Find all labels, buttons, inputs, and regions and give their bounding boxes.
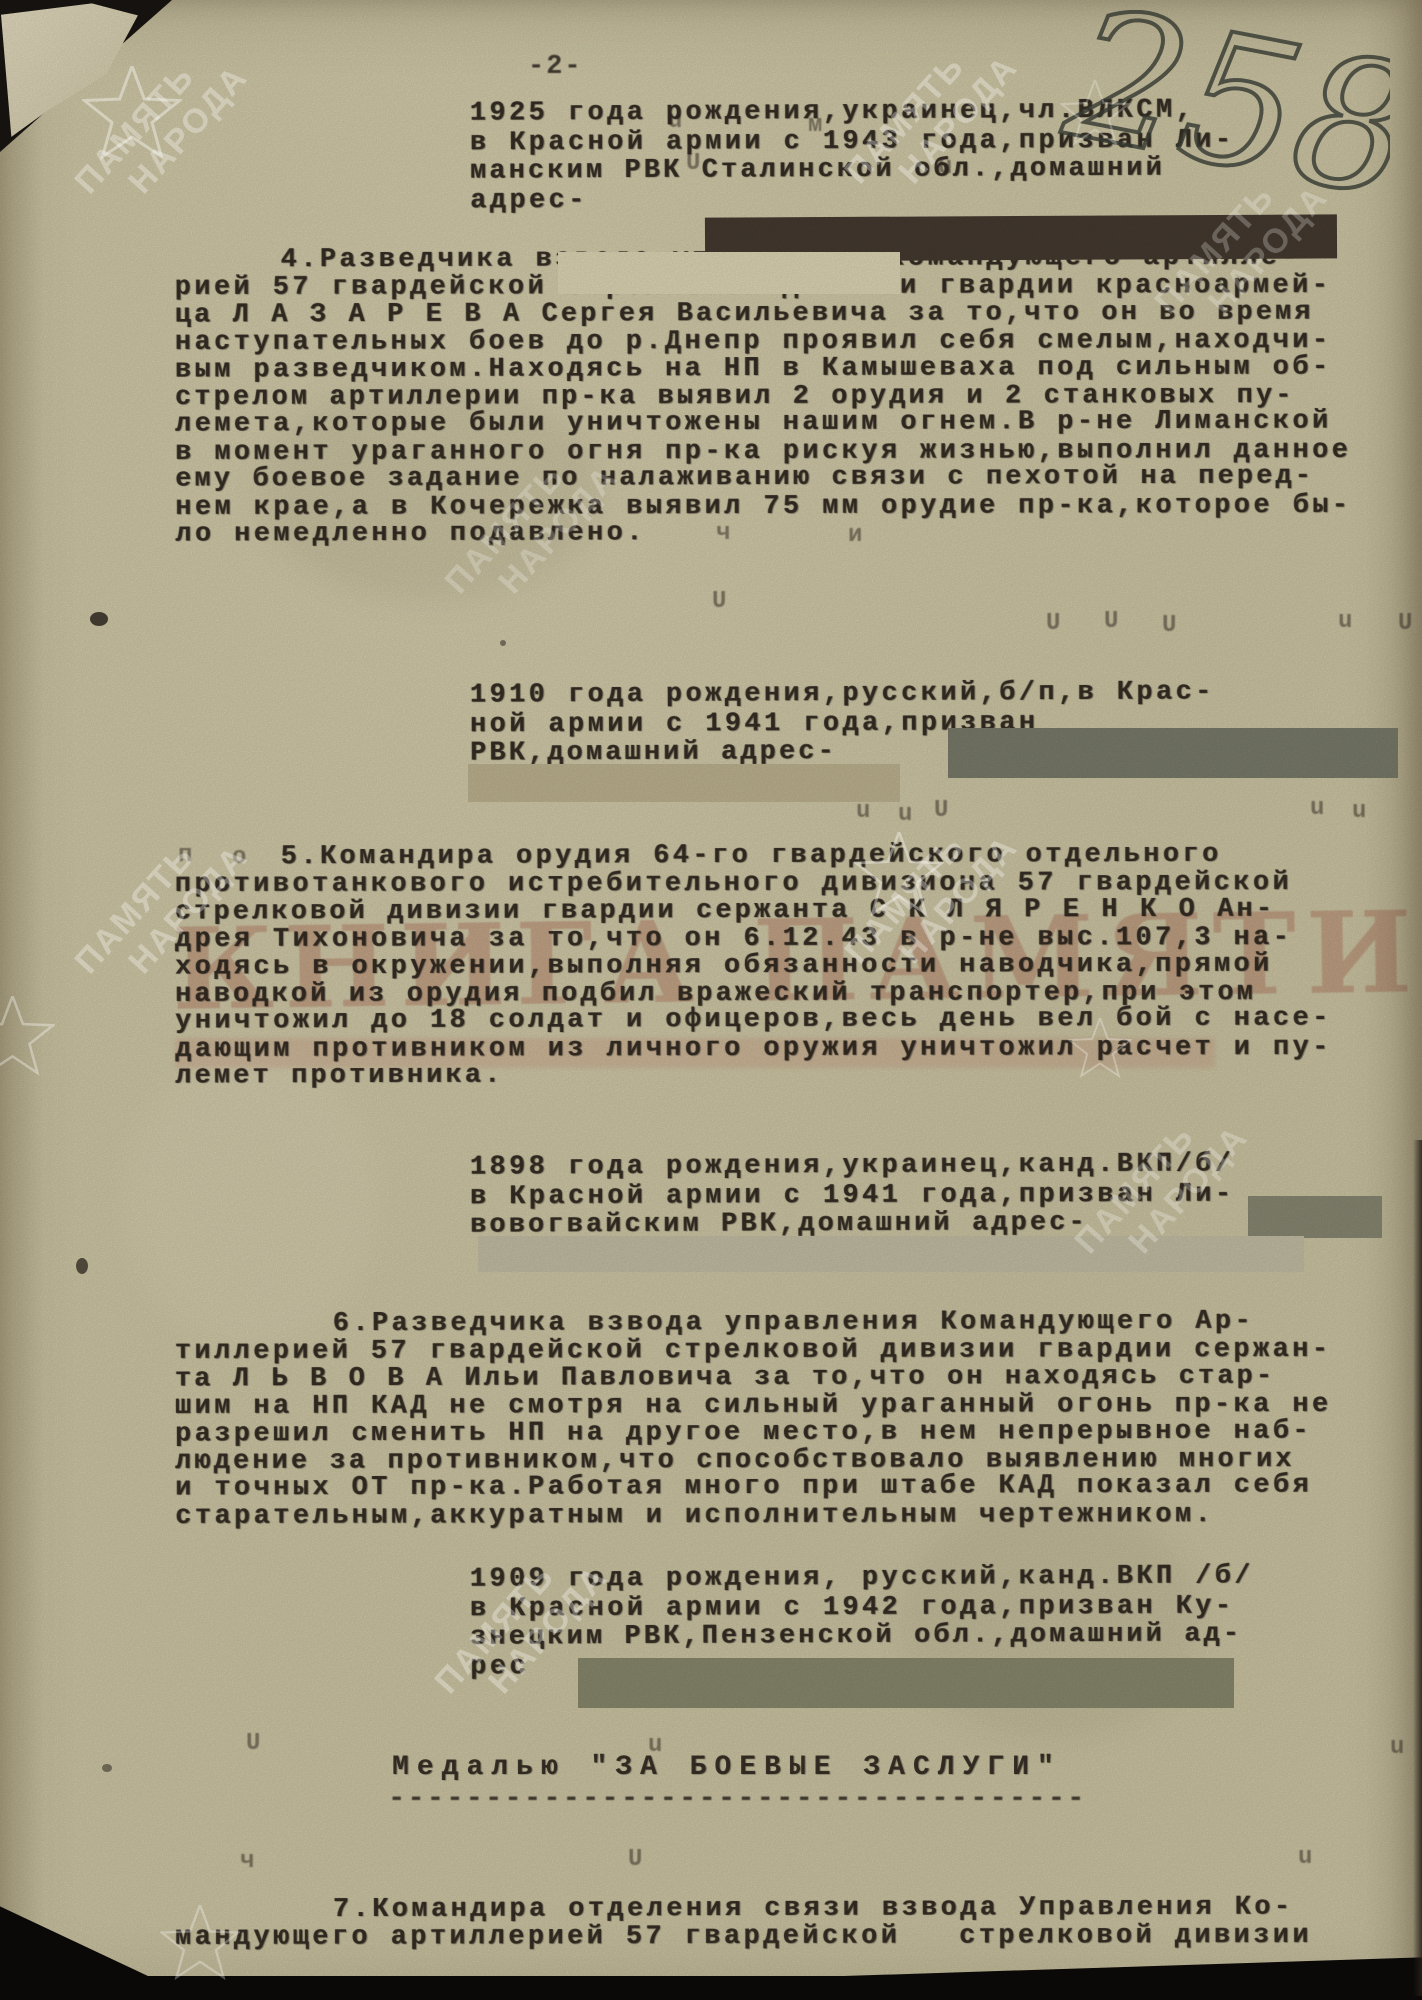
ink-speck (76, 1258, 88, 1274)
ink-smudge: U (628, 1846, 642, 1873)
ink-smudge: м (808, 112, 822, 139)
text-line: людение за противником,что способствовал… (175, 1447, 1332, 1476)
ink-smudge: u (1298, 1844, 1312, 1871)
ink-smudge: U (1398, 610, 1412, 637)
ink-smudge: u (648, 1732, 662, 1759)
text-line: наступательных боев до р.Днепр проявил с… (175, 328, 1351, 357)
medal-heading: Медалью "ЗА БОЕВЫЕ ЗАСЛУГИ" (392, 1752, 1062, 1783)
ink-smudge: U (246, 1730, 260, 1757)
ink-speck (102, 1764, 112, 1772)
text-line: и точных ОТ пр-ка.Работая много при штаб… (175, 1473, 1332, 1503)
text-line: та Л Ь В О В А Ильи Павловича за то,что … (175, 1363, 1332, 1393)
text-line: тиллерией 57 гвардейской стрелковой диви… (175, 1337, 1332, 1366)
text-line: вым разведчиком.Находясь на НП в Камышев… (175, 354, 1351, 384)
star-icon (0, 996, 55, 1081)
text-line: 1910 года рождения,русский,б/п,в Крас- (470, 678, 1215, 710)
text-line: лемета,которые были уничтожены нашим огн… (175, 409, 1351, 439)
ink-smudge: U (686, 150, 700, 177)
ink-smudge: U (1104, 608, 1118, 635)
star-icon (82, 66, 182, 166)
page-number-typed: -2- (528, 52, 583, 82)
ink-smudge: U (1162, 612, 1176, 639)
text-line: лемет противника. (175, 1061, 1332, 1091)
citation-paragraph-5: 5.Командира орудия 64-го гвардейского от… (175, 841, 1332, 1091)
text-line: ему боевое задание по налаживанию связи … (175, 464, 1351, 494)
ink-speck (500, 640, 506, 646)
ink-smudge: и (848, 522, 862, 549)
ink-smudge: U (712, 588, 726, 615)
text-line: шим на НП КАД не смотря на сильный урага… (175, 1392, 1332, 1421)
redaction-bar-address-2b (468, 764, 900, 802)
text-line: нем крае,а в Кочережка выявил 75 мм оруд… (175, 493, 1351, 522)
ink-smudge: u (1352, 798, 1366, 825)
redaction-bar-address-2 (948, 728, 1398, 778)
text-line: в момент ураганного огня пр-ка рискуя жи… (175, 438, 1351, 467)
star-icon (160, 1905, 240, 1985)
text-line: стрелковой дивизии гвардии сержанта С К … (175, 896, 1332, 926)
ink-smudge: U (1046, 610, 1060, 637)
citation-paragraph-6: 6.Разведчика взвода управления Командующ… (175, 1308, 1332, 1530)
citation-paragraph-7: 7.Командира отделения связи взвода Управ… (175, 1895, 1312, 1953)
text-line: старательным,аккуратным и исполнительным… (175, 1502, 1332, 1531)
ink-smudge: u (856, 798, 870, 825)
text-line: противотанкового истребительного дивизио… (175, 870, 1332, 899)
text-line: мандующего артиллерией 57 гвардейской ст… (175, 1923, 1312, 1952)
ink-smudge: ч (716, 520, 730, 547)
text-line: наводкой из орудия подбил вражеский тран… (175, 980, 1332, 1009)
star-icon (854, 832, 944, 922)
ink-smudge: U (934, 797, 948, 824)
ink-smudge: u (898, 801, 912, 828)
redaction-bar-address-3 (1248, 1196, 1382, 1238)
text-line: стрелом артиллерии пр-ка выявил 2 орудия… (175, 383, 1351, 412)
star-icon (1068, 1018, 1132, 1082)
text-line: уничтожил до 18 солдат и офицеров,весь д… (175, 1006, 1332, 1036)
text-line: дрея Тихоновича за то,что он 6.12.43 в р… (175, 925, 1332, 954)
document-scan: КНИГА ПАМЯТИ -2- 1925 года рождения,укра… (0, 0, 1422, 2000)
text-line: разрешил сменить НП на другое место,в не… (175, 1418, 1332, 1448)
star-icon (1060, 80, 1130, 150)
ink-smudge: u (668, 108, 682, 135)
text-line: ло немедленно подавлено. (175, 519, 1351, 549)
text-line: дающим противником из личного оружия уни… (175, 1035, 1332, 1064)
medal-heading-underline: ------------------------------------ (388, 1782, 1087, 1815)
redaction-bar-address-3b (478, 1236, 1304, 1272)
ink-smudge: u (1390, 1734, 1404, 1761)
ink-smudge: u (1338, 608, 1352, 635)
right-dark-edge (1413, 1140, 1422, 1996)
text-line: ходясь в окружении,выполняя обязанности … (175, 951, 1332, 981)
ink-smudge: ч (240, 1848, 254, 1875)
ink-speck (90, 612, 108, 626)
paper-stain (120, 1050, 380, 1350)
ink-smudge: u (1310, 795, 1324, 822)
redaction-bar-address-1b (558, 252, 900, 294)
redaction-bar-address-4 (578, 1658, 1234, 1708)
text-line: знецким РВК,Пензенской обл.,домашний ад- (470, 1620, 1254, 1652)
